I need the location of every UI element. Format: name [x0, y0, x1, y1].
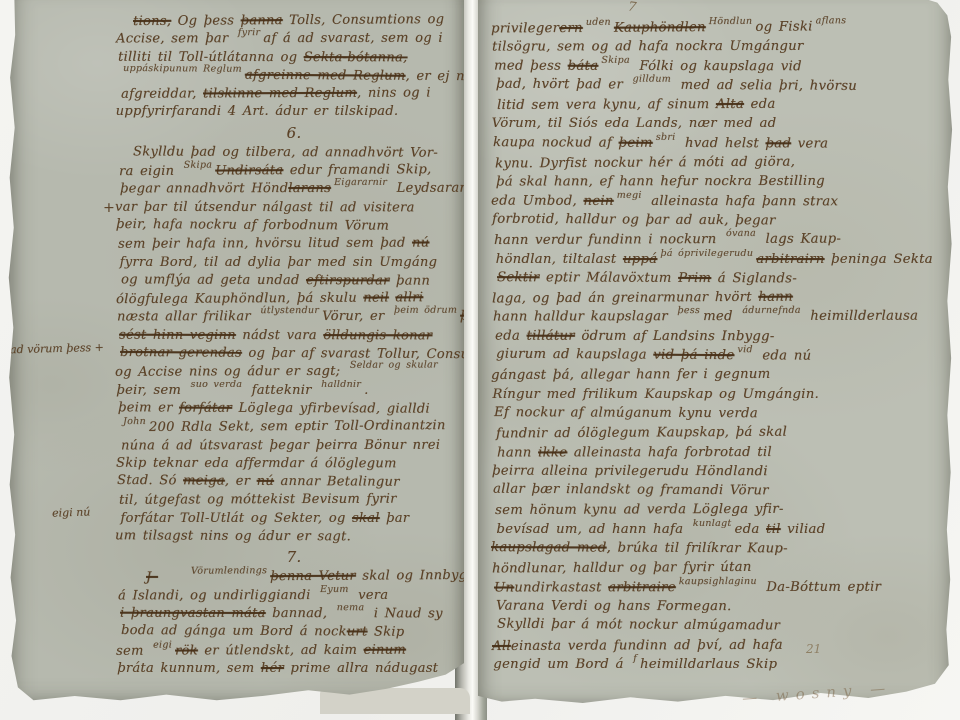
interline-insertion: Höndlun [708, 19, 752, 25]
manuscript-line: gángast þá, allegar hann fer i gegnum [491, 364, 944, 385]
handwriting-text: gángast þá, allegar hann fer i gegnum [491, 367, 770, 383]
handwriting-text: Skylldi þar á mót nockur almúgamadur [497, 617, 780, 634]
manuscript-line: fundnir ad ólöglegum Kaupskap, þá skal [496, 422, 945, 444]
struck-text: eftirspurdar [306, 273, 390, 288]
manuscript-line: um tilsagst nins og ádur er sagt. [115, 527, 470, 547]
handwriting-text: og umflýa ad geta undad [121, 272, 306, 288]
interline-insertion: Skipa [183, 163, 212, 169]
manuscript-line: fyrra Bord, til ad dylia þar med sin Umg… [120, 254, 470, 272]
struck-text: sést hinn veginn [119, 327, 236, 342]
handwriting-text: 200 Rdla Sekt, sem eptir Toll-Ordinantzi… [149, 418, 446, 435]
handwriting-text: á Siglands- [711, 271, 797, 286]
left-page-text: tions, Og þess þanna Tolls, Consumtions … [118, 12, 470, 678]
handwriting-text: litid sem vera kynu, af sinum [497, 97, 716, 113]
struck-text: rök [175, 643, 198, 658]
manuscript-line: þráta kunnum, sem hér prime allra náduga… [117, 660, 470, 678]
handwriting-text: hvad helst [679, 136, 766, 151]
interline-insertion: nema [336, 605, 364, 611]
handwriting-text: gengid um Bord á [493, 657, 630, 672]
handwriting-text: heimillderlausa [804, 309, 918, 324]
handwriting-text: ólögfulega Kauphöndlun, þá skulu [116, 291, 363, 308]
handwriting-text: sem þeir hafa inn, hvörsu litud sem þad [118, 236, 412, 252]
struck-text: Undirsáta [215, 163, 283, 178]
handwriting-text: boda ad gánga um Bord á nock [121, 623, 347, 639]
manuscript-line: sem eigirök er útlendskt, ad kaim einum [116, 641, 470, 661]
interline-insertion: kunlagt [693, 521, 732, 527]
struck-text: i þraungvastan máta [120, 606, 266, 621]
handwriting-text: i Naud sy [367, 606, 442, 621]
handwriting-text: . [364, 383, 368, 398]
struck-text: einum [363, 642, 405, 657]
handwriting-text: vera [352, 587, 389, 602]
struck-text: tillátur [526, 328, 574, 343]
manuscript-line: þeirra alleina privilegerudu Höndlandi [492, 461, 944, 481]
handwriting-text: Accise, sem þar [116, 31, 235, 46]
handwriting-text: á Islandi, og undirliggiandi [118, 588, 317, 603]
interline-insertion: ádurnefnda [742, 308, 801, 314]
handwriting-text: alleinasta hafa forbrotad til [567, 444, 772, 459]
handwriting-text: höndlan, tiltalast [496, 252, 623, 267]
handwriting-text: þeir, sem [116, 383, 187, 398]
interline-insertion: Vörumlendings [161, 568, 267, 575]
manuscript-line: gengid um Bord á fheimilldarlaus Skip [493, 655, 944, 674]
manuscript-line: Vörum, til Siós eda Lands, nær med ad [492, 114, 944, 133]
handwriting-text: Vörum, til Siós eda Lands, nær med ad [492, 116, 777, 131]
struck-text: Sekta-bótanna, [304, 50, 408, 65]
handwriting-text: Löglega yfirbevísad, gialldi [232, 401, 430, 417]
paragraph: privilegerern uden Kauphöndlen Höndlun o… [494, 18, 944, 674]
handwriting-text: ödrum af Landsins Inbygg- [575, 328, 775, 343]
manuscript-line: þeir, hafa nockru af forbodnum Vörum [116, 216, 470, 237]
handwriting-text: eda nú [756, 348, 812, 363]
manuscript-page-right: privilegerern uden Kauphöndlen Höndlun o… [478, 0, 954, 708]
manuscript-line: forfátar Toll-Utlát og Sekter, og skal þ… [120, 510, 470, 528]
interline-insertion: uden [585, 20, 610, 26]
handwriting-text: undirkastast [514, 580, 608, 595]
interline-insertion: Eigararnir [334, 180, 387, 186]
struck-text: ikke [538, 445, 567, 460]
interline-insertion: fyrir [238, 30, 261, 36]
struck-text: skal [352, 511, 380, 526]
handwriting-text: edur framandi Skip, [283, 162, 431, 178]
handwriting-text: viliad [781, 522, 826, 537]
manuscript-line: á Islandi, og undirliggiandi Eyum vera [118, 586, 470, 605]
handwriting-text: privileger [491, 21, 559, 36]
struck-text: forfátar [179, 400, 232, 415]
struck-text: nein [583, 193, 613, 208]
manuscript-line: núna á ad útsvarast þegar þeirra Bönur n… [121, 436, 470, 455]
handwriting-text: hann halldur kaupslagar [493, 310, 674, 325]
interline-insertion: Skipa [601, 57, 630, 63]
page-number: 21 [806, 642, 821, 656]
handwriting-text: allar þær inlandskt og framandi Vörur [493, 482, 769, 499]
handwriting-text: þar [380, 511, 410, 526]
handwriting-text: forbrotid, halldur og þar ad auk, þegar [492, 212, 776, 229]
handwriting-text: þeninga Sekta [825, 252, 933, 267]
manuscript-line: næsta allar frilikar útlystendurVörur, e… [117, 308, 470, 327]
manuscript-line: Ef nockur af almúganum kynu verda [494, 403, 944, 424]
struck-text: Alta [716, 97, 744, 112]
struck-text: nú [412, 236, 429, 251]
section-number: 7. [118, 546, 470, 568]
handwriting-text: eda [744, 97, 776, 112]
handwriting-text: um tilsagst nins og ádur er sagt. [115, 528, 351, 544]
interline-insertion: vid [738, 347, 753, 353]
manuscript-line: og umflýa ad geta undad eftirspurdar þan… [121, 271, 470, 291]
handwriting-text: Skip [368, 625, 405, 640]
handwriting-text: Skylldu þad og tilbera, ad annadhvört Vo… [133, 144, 438, 160]
manuscript-line: litid sem vera kynu, af sinum Alta eda [497, 94, 944, 115]
struck-text: allri [395, 290, 423, 305]
interline-insertion: þá óprivilegerudu [660, 251, 753, 257]
handwriting-text: , er [225, 474, 257, 489]
interline-insertion: megi [616, 192, 641, 198]
interline-insertion: uppáskipunum Reglum [123, 66, 242, 73]
handwriting-text: bevísad um, ad hann hafa [496, 522, 689, 537]
struck-text: til [766, 522, 781, 537]
struck-text: Prim [678, 271, 711, 286]
handwriting-text: eda [495, 328, 527, 343]
struck-text: larans [289, 181, 332, 196]
manuscript-line: Skylldu þad og tilbera, ad annadhvört Vo… [117, 143, 470, 163]
stray-ink-mark: 7 [627, 0, 637, 16]
handwriting-text: lags Kaup- [759, 232, 841, 247]
manuscript-line: kaupa nockud af þeimsbri hvad helst þad … [493, 133, 944, 154]
paragraph: tions, Og þess þanna Tolls, Consumtions … [118, 12, 470, 122]
interline-insertion: útlystendur [260, 308, 319, 314]
handwriting-text: eda [734, 522, 766, 537]
manuscript-line: tilsögru, sem og ad hafa nockra Umgángur [492, 37, 944, 57]
handwriting-text: prime allra nádugast [284, 661, 438, 676]
handwriting-text: med þess [494, 58, 568, 73]
manuscript-line: eda tillátur ödrum af Landsins Inbygg- [495, 326, 944, 346]
struck-text: ern [559, 21, 583, 36]
manuscript-line: Varana Verdi og hans Formegan. [496, 596, 944, 616]
struck-text: afgreinne med Reglum [244, 68, 405, 84]
handwriting-text: fatteknir [245, 383, 318, 398]
manuscript-line: eda Umbod, neinmegi alleinasta hafa þann… [491, 191, 944, 211]
manuscript-line: kynu. Dyrfist nockur hér á móti ad giöra… [495, 152, 944, 174]
struck-text: arbitraire [608, 580, 676, 595]
margin-plus-mark: + [103, 200, 115, 216]
manuscript-scan: tions, Og þess þanna Tolls, Consumtions … [0, 0, 960, 720]
struck-text: uppá [623, 252, 657, 267]
handwriting-text: og Fiski [755, 19, 812, 34]
struck-text: nú [257, 474, 274, 489]
struck-text: vid þá inde [654, 348, 735, 364]
manuscript-line: Skylldi þar á mót nockur almúgamadur [497, 615, 944, 637]
struck-text: hann [758, 290, 793, 305]
struck-text: meiga [183, 473, 225, 488]
margin-note-ad-vorum: ad vörum þess + [10, 341, 104, 356]
interline-insertion: aflans [815, 18, 846, 24]
manuscript-line: til, útgefast og móttekist Bevisum fyrir [119, 491, 470, 511]
handwriting-text: heimilldarlaus Skip [640, 657, 777, 672]
manuscript-line: var þar til útsendur nálgast til ad visi… [115, 198, 470, 217]
paragraph: J Vörumlendingsþenna Vetur skal og Innby… [118, 568, 470, 678]
handwriting-text: , brúka til frilíkrar Kaup- [606, 541, 787, 557]
handwriting-text: hann verdur fundinn i nockurn [494, 232, 723, 248]
struck-text: Kauphöndlen [614, 20, 706, 36]
struck-text: þanna [240, 13, 282, 28]
manuscript-line: ra eigin SkipaUndirsáta edur framandi Sk… [119, 161, 470, 182]
interline-insertion: Eyum [320, 586, 349, 592]
handwriting-text: tilsögru, sem og ad hafa nockra Umgángur [492, 39, 804, 55]
handwriting-text: þá skal hann, ef hann hefur nockra Besti… [496, 174, 825, 190]
right-page-text: privilegerern uden Kauphöndlen Höndlun o… [494, 18, 944, 674]
handwriting-text: Tolls, Consumtions og [282, 12, 444, 28]
interline-insertion: John [123, 419, 146, 425]
manuscript-line: hann ikke alleinasta hafa forbrotad til [497, 442, 944, 462]
interline-insertion: eigi [153, 642, 172, 648]
manuscript-line: sést hinn veginn nádst vara ölldungis ko… [119, 326, 470, 345]
handwriting-text: fyrra Bord, til ad dylia þar med sin Umg… [120, 255, 438, 270]
interline-insertion: f [633, 656, 637, 662]
handwriting-text: nádst vara [236, 328, 323, 343]
handwriting-text: var þar til útsendur nálgast til ad visi… [115, 199, 415, 215]
handwriting-text: laga, og þad án greinarmunar hvört [492, 290, 758, 307]
manuscript-line: hann halldur kaupslagar þessmed ádurnefn… [493, 307, 944, 327]
struck-text: kaupslagad med [491, 540, 607, 555]
interline-insertion: halldnir [321, 382, 361, 388]
manuscript-line: Skip teknar eda affermdar á ólöglegum [116, 454, 470, 473]
handwriting-text: höndlunar, halldur og þar fyrir útan [492, 560, 752, 577]
interline-insertion: gilldum [632, 76, 671, 82]
handwriting-text: , nins og i [357, 86, 431, 101]
manuscript-line: þad, hvört þad er gilldum med ad selia þ… [496, 74, 945, 96]
manuscript-line: med þess bátaSkipa Fólki og kaupslaga vi… [494, 56, 944, 76]
handwriting-text: af á ad svarast, sem og i [264, 31, 443, 46]
struck-text: tions, [133, 14, 171, 29]
handwriting-text: þann [390, 273, 431, 288]
struck-text: neil [363, 291, 389, 306]
interline-insertion: sbri [656, 135, 676, 141]
handwriting-text: Skip teknar eda affermdar á ólöglegum [116, 455, 397, 471]
manuscript-line: Accise, sem þar fyriraf á ad svarast, se… [116, 30, 470, 49]
struck-text: J [146, 570, 158, 585]
handwriting-text: Ríngur med frilikum Kaupskap og Umgángin… [492, 387, 819, 402]
struck-text: All [492, 638, 511, 653]
manuscript-line: uppáskipunum Reglumafgreinne med Reglum,… [120, 66, 471, 86]
interline-insertion: kaupsighlaginu [679, 579, 757, 585]
handwriting-text: afgreiddar, [121, 87, 203, 102]
struck-text: Sektir [497, 270, 540, 285]
manuscript-line: J Vörumlendingsþenna Vetur skal og Innby… [116, 567, 470, 588]
manuscript-line: Alleinasta verda fundinn ad því, ad hafa [492, 635, 944, 656]
handwriting-text: einasta verda fundinn ad því, ad hafa [510, 637, 782, 653]
manuscript-line: bevísad um, ad hann hafa kunlagteda til … [496, 520, 944, 539]
manuscript-line: afgreiddar, tilskinne med Reglum, nins o… [121, 84, 470, 104]
manuscript-line: John200 Rdla Sekt, sem eptir Toll-Ordina… [120, 417, 471, 437]
interline-insertion: óvana [726, 231, 756, 237]
section-number: 6. [118, 122, 470, 144]
handwriting-text: fundnir ad ólöglegum Kaupskap, þá skal [496, 425, 787, 442]
manuscript-line: uppfyrirfarandi 4 Art. ádur er tilskipad… [116, 103, 470, 121]
manuscript-line: boda ad gánga um Bord á nockurt Skip [121, 622, 470, 642]
handwriting-text: eda Umbod, [491, 193, 583, 208]
handwriting-text: þad, hvört þad er [496, 76, 630, 92]
manuscript-line: privilegerern uden Kauphöndlen Höndlun o… [491, 17, 944, 39]
handwriting-text: sem [116, 643, 150, 658]
manuscript-line: Ríngur med frilikum Kaupskap og Umgángin… [492, 385, 944, 404]
handwriting-text: þeir, hafa nockru af forbodnum Vörum [116, 217, 389, 234]
handwriting-text: annar Betalingur [274, 474, 400, 490]
struck-text: arbitrairn [756, 252, 824, 267]
handwriting-text: núna á ad útsvarast þegar þeirra Bönur n… [121, 437, 440, 453]
struck-text: brotnar gerendas [120, 345, 242, 361]
struck-text: þeim [619, 135, 653, 150]
handwriting-text: forfátar Toll-Utlát og Sekter, og [120, 511, 352, 526]
handwriting-text: vera [791, 136, 828, 151]
handwriting-text: Da-Bóttum eptir [760, 579, 881, 594]
struck-text: báta [568, 58, 599, 73]
manuscript-line: Sektir eptir Málavöxtum Prim á Siglands- [497, 268, 944, 289]
struck-text: ölldungis konar [323, 328, 432, 343]
handwriting-text: þeim er [118, 400, 179, 415]
handwriting-text: bannad, [265, 606, 333, 621]
handwriting-text: þegar annadhvört Hönd [120, 181, 288, 196]
struck-text: tilskinne med Reglum [203, 86, 357, 102]
manuscript-line: og Accise nins og ádur er sagt; Seldar o… [115, 363, 470, 383]
handwriting-text: kaupa nockud af [493, 135, 619, 151]
handwriting-text: alleinasta hafa þann strax [644, 194, 838, 209]
handwriting-text: Ef nockur af almúganum kynu verda [494, 405, 758, 421]
handwriting-text: med ad selia þri, hvörsu [674, 78, 857, 94]
handwriting-text: eptir Málavöxtum [540, 270, 679, 286]
struck-text: Un [494, 580, 514, 595]
manuscript-line: höndlan, tiltalast uppáþá óprivilegerudu… [496, 250, 944, 269]
manuscript-line: tions, Og þess þanna Tolls, Consumtions … [115, 11, 470, 32]
handwriting-text: til, útgefast og móttekist Bevisum fyrir [119, 492, 397, 508]
manuscript-page-left: tions, Og þess þanna Tolls, Consumtions … [6, 0, 464, 706]
manuscript-line: þeim er forfátar Löglega yfirbevísad, gi… [118, 399, 470, 419]
struck-text: þad [766, 136, 792, 151]
manuscript-line: þegar annadhvört HöndlaransEigararnir Le… [120, 180, 470, 199]
handwriting-text: uppfyrirfarandi 4 Art. ádur er tilskipad… [116, 104, 399, 119]
handwriting-text: Stad. Só [117, 473, 183, 488]
paragraph: Skylldu þad og tilbera, ad annadhvört Vo… [118, 144, 470, 547]
handwriting-text: sem hönum kynu ad verda Löglega yfir- [495, 502, 784, 518]
handwriting-text: Og þess [171, 13, 241, 28]
struck-text: þenna Vetur [271, 569, 357, 585]
handwriting-text: næsta allar frilikar [117, 310, 257, 325]
manuscript-line: þeir, sem suo verda fatteknir halldnir. [116, 382, 470, 400]
handwriting-text: med [703, 309, 739, 324]
handwriting-text: Varana Verdi og hans Formegan. [496, 598, 732, 613]
manuscript-line: þá skal hann, ef hann hefur nockra Besti… [496, 172, 944, 192]
struck-text: hér [261, 661, 284, 676]
interline-insertion: þess [678, 308, 701, 314]
interline-insertion: suo verda [190, 382, 242, 388]
handwriting-text: er útlendskt, ad kaim [197, 642, 363, 658]
margin-note-eigi-nu: eigi nú [52, 505, 91, 519]
manuscript-line: i þraungvastan máta bannad, nema i Naud … [120, 605, 470, 624]
interline-insertion: Seldar og skular [350, 363, 438, 369]
interline-insertion: þeim ödrum [394, 308, 457, 314]
handwriting-text: ra eigin [119, 164, 181, 179]
struck-text: urt [347, 625, 368, 640]
handwriting-text: þráta kunnum, sem [117, 661, 261, 676]
handwriting-text: hann [497, 445, 538, 460]
handwriting-text: Fólki og kaupslaga vid [633, 58, 802, 73]
manuscript-line: Stad. Só meiga, er nú annar Betalingur [117, 472, 470, 493]
handwriting-text: Vörur, er [322, 309, 391, 324]
manuscript-line: sem þeir hafa inn, hvörsu litud sem þad … [118, 235, 470, 255]
manuscript-line: laga, og þad án greinarmunar hvört hann [492, 287, 945, 309]
handwriting-text: kynu. Dyrfist nockur hér á móti ad giöra… [495, 155, 795, 172]
handwriting-text: giurum ad kaupslaga [496, 347, 653, 363]
manuscript-line: Unundirkastast arbitrairekaupsighlaginu … [494, 577, 944, 597]
handwriting-text: þeirra alleina privilegerudu Höndlandi [492, 463, 768, 479]
